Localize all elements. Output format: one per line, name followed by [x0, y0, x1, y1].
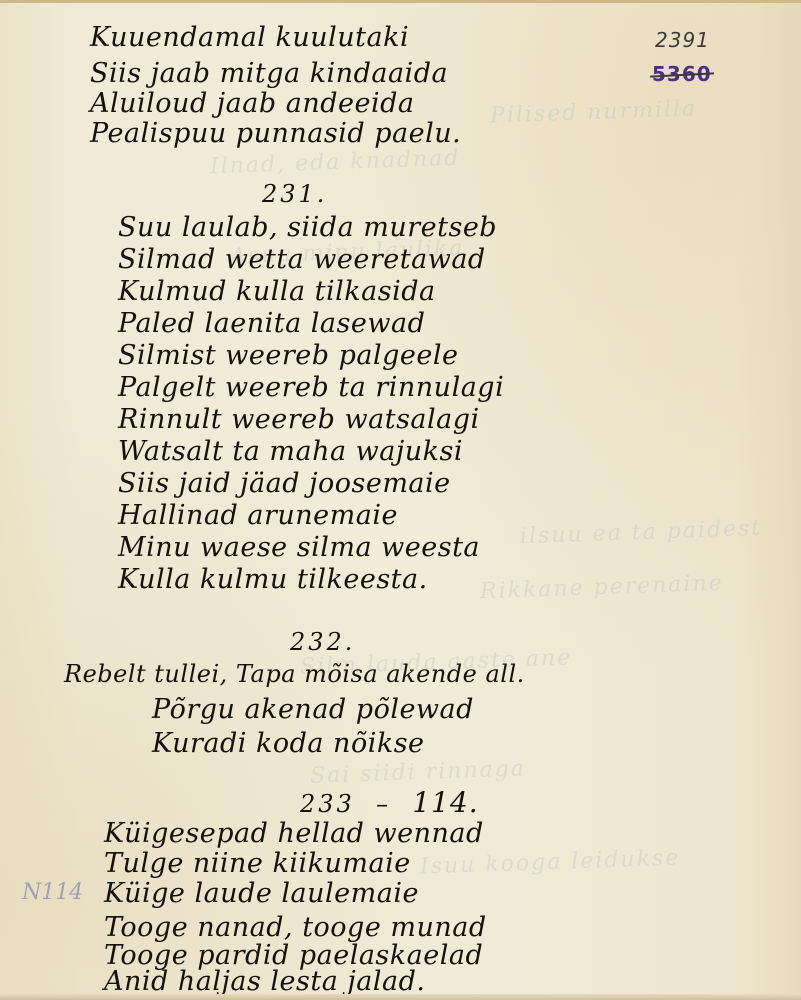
verse-line: Kulmud kulla tilkasida: [118, 276, 436, 307]
verse-line: Paled laenita lasewad: [118, 308, 425, 339]
song-number: 232.: [290, 628, 355, 656]
bleed-through-text: Rikkane perenaine: [480, 571, 724, 604]
margin-note: N114: [22, 880, 83, 905]
verse-line: Siis jaid jäad joosemaie: [118, 468, 451, 499]
verse-line: Silmad wetta weeretawad: [118, 244, 486, 275]
verse-line: Rinnult weereb watsalagi: [118, 404, 480, 435]
verse-line: Siis jaab mitga kindaaida: [90, 58, 448, 89]
verse-line: Kuradi koda nõikse: [152, 728, 425, 759]
verse-line: Anid haljas lesta jalad.: [104, 966, 426, 997]
bleed-through-text: Sai siidi rinnaga: [310, 756, 527, 789]
archive-number: 2391: [655, 28, 710, 52]
verse-line: Palgelt weereb ta rinnulagi: [118, 372, 504, 403]
song-reference-number: 114.: [412, 786, 478, 819]
verse-line: Rebelt tullei, Tapa mõisa akende all.: [64, 660, 525, 688]
verse-line: Küigesepad hellad wennad: [104, 818, 484, 849]
verse-line: Kuuendamal kuulutaki: [90, 22, 409, 53]
verse-line: Tooge nanad, tooge munad: [104, 912, 487, 943]
bleed-through-text: Isuu kooga leidukse: [420, 845, 681, 879]
verse-line: Hallinad arunemaie: [118, 500, 398, 531]
bleed-through-text: ilsuu ea ta paidest: [520, 516, 763, 549]
verse-line: Küige laude laulemaie: [104, 878, 419, 909]
verse-line: Põrgu akenad põlewad: [152, 694, 474, 725]
bleed-through-text: Ilnad, eda knadnad: [210, 146, 461, 180]
bleed-through-text: Pilised nurmilla: [490, 96, 698, 128]
paper-top-edge: [0, 0, 801, 3]
song-number-value: 233: [300, 790, 355, 818]
verse-line: Silmist weereb palgeele: [118, 340, 458, 371]
verse-line: Suu laulab, siida muretseb: [118, 212, 497, 243]
verse-line: Watsalt ta maha wajuksi: [118, 436, 463, 467]
verse-line: Tulge niine kiikumaie: [104, 848, 411, 879]
verse-line: Kulla kulmu tilkeesta.: [118, 564, 428, 595]
song-number-dash: –: [365, 790, 401, 818]
verse-line: Aluiloud jaab andeeida: [90, 88, 414, 119]
verse-line: Minu waese silma weesta: [118, 532, 480, 563]
verse-line: Pealispuu punnasid paelu.: [90, 118, 461, 149]
paper-bottom-edge: [0, 994, 801, 1000]
manuscript-page: Pilised nurmilla Ilnad, eda knadnad Asuu…: [0, 0, 801, 1000]
song-number: 233 – 114.: [300, 786, 479, 819]
song-number: 231.: [262, 180, 327, 208]
